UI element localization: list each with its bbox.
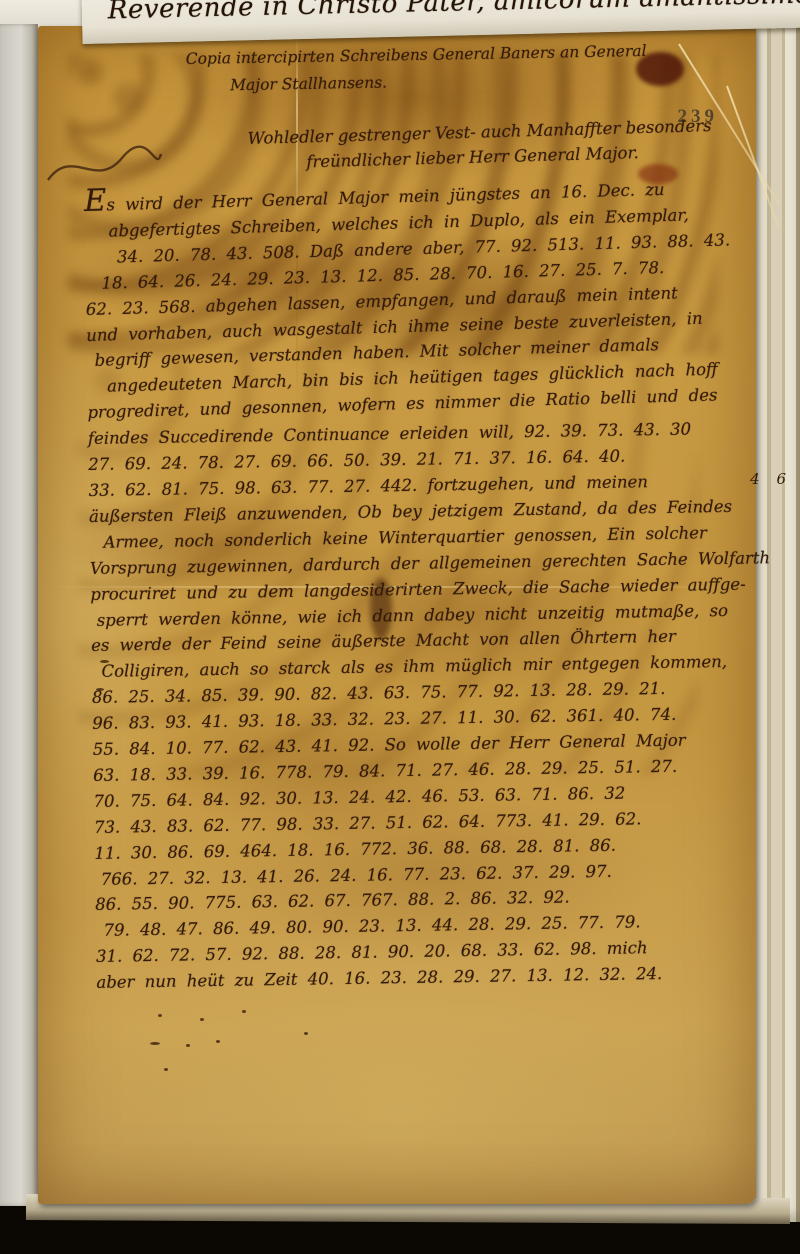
ink-speck: [242, 1010, 246, 1013]
ink-speck: [216, 1040, 220, 1043]
margin-annotation: 4 6: [750, 470, 792, 488]
binding-edge: [0, 24, 38, 1206]
ink-speck: [164, 1068, 168, 1071]
ink-speck: [200, 1018, 204, 1021]
manuscript-page: Copia intercipirten Schreibens General B…: [38, 26, 756, 1204]
ink-speck: [304, 1032, 308, 1035]
page-edge-stack: [752, 26, 800, 1222]
latin-header-text: Reverende in Christo Pater, amicorum ama…: [108, 0, 800, 25]
scanned-manuscript: Copia intercipirten Schreibens General B…: [0, 0, 800, 1254]
letter-body: Es wird der Herr General Major mein jüng…: [84, 182, 745, 996]
copy-heading: Copia intercipirten Schreibens General B…: [186, 38, 648, 100]
ink-speck: [96, 688, 104, 691]
ink-speck: [150, 1042, 160, 1045]
ink-speck: [186, 1044, 190, 1047]
ink-speck: [158, 1014, 162, 1017]
ink-speck: [100, 660, 109, 663]
